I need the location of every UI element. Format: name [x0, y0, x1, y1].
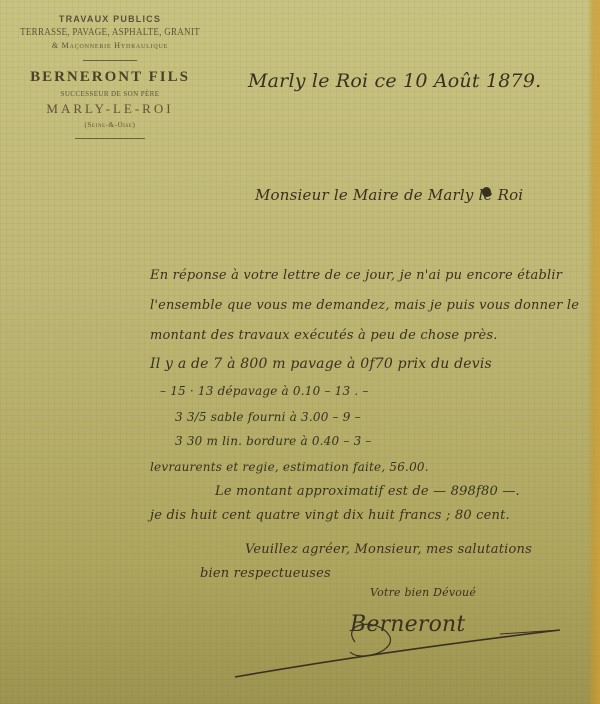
closing-line: bien respectueuses — [200, 566, 331, 581]
signature-flourish — [230, 622, 570, 682]
body-line: l'ensemble que vous me demandez, mais je… — [150, 298, 579, 313]
letterhead-divider — [83, 60, 137, 61]
letterhead-divider-bottom — [75, 138, 145, 139]
company-town: MARLY-LE-ROI — [10, 101, 210, 117]
body-line: montant des travaux exécutés à peu de ch… — [150, 328, 498, 343]
closing-line: Veuillez agréer, Monsieur, mes salutatio… — [245, 542, 532, 557]
letterhead-services: TERRASSE, PAVAGE, ASPHALTE, GRANIT — [20, 27, 200, 38]
letterhead-masonry: & Maçonnerie Hydraulique — [10, 41, 210, 50]
body-line: – 15 · 13 dépavage à 0.10 – 13 . – — [160, 384, 369, 398]
company-subtitle: SUCCESSEUR DE SON PÈRE — [10, 90, 210, 98]
body-line-total-words: je dis huit cent quatre vingt dix huit f… — [150, 508, 510, 523]
body-line: 3 3/5 sable fourni à 3.00 – 9 – — [175, 410, 361, 424]
body-line: levraurents et regie, estimation faite, … — [150, 460, 429, 474]
company-department: (Seine-&-Oise) — [10, 121, 210, 129]
body-line-total: Le montant approximatif est de — 898f80 … — [215, 484, 520, 499]
body-line: En réponse à votre lettre de ce jour, je… — [150, 268, 562, 283]
letter-page: TRAVAUX PUBLICS TERRASSE, PAVAGE, ASPHAL… — [0, 0, 600, 704]
ink-blot — [482, 187, 491, 197]
sign-off: Votre bien Dévoué — [370, 586, 476, 599]
body-line: Il y a de 7 à 800 m pavage à 0f70 prix d… — [150, 356, 492, 372]
letter-date: Marly le Roi ce 10 Août 1879. — [248, 70, 541, 92]
letterhead-trade: TRAVAUX PUBLICS — [10, 14, 210, 24]
body-line: 3 30 m lin. bordure à 0.40 – 3 – — [175, 434, 372, 448]
letterhead: TRAVAUX PUBLICS TERRASSE, PAVAGE, ASPHAL… — [10, 14, 210, 139]
company-name: BERNERONT FILS — [10, 69, 210, 86]
